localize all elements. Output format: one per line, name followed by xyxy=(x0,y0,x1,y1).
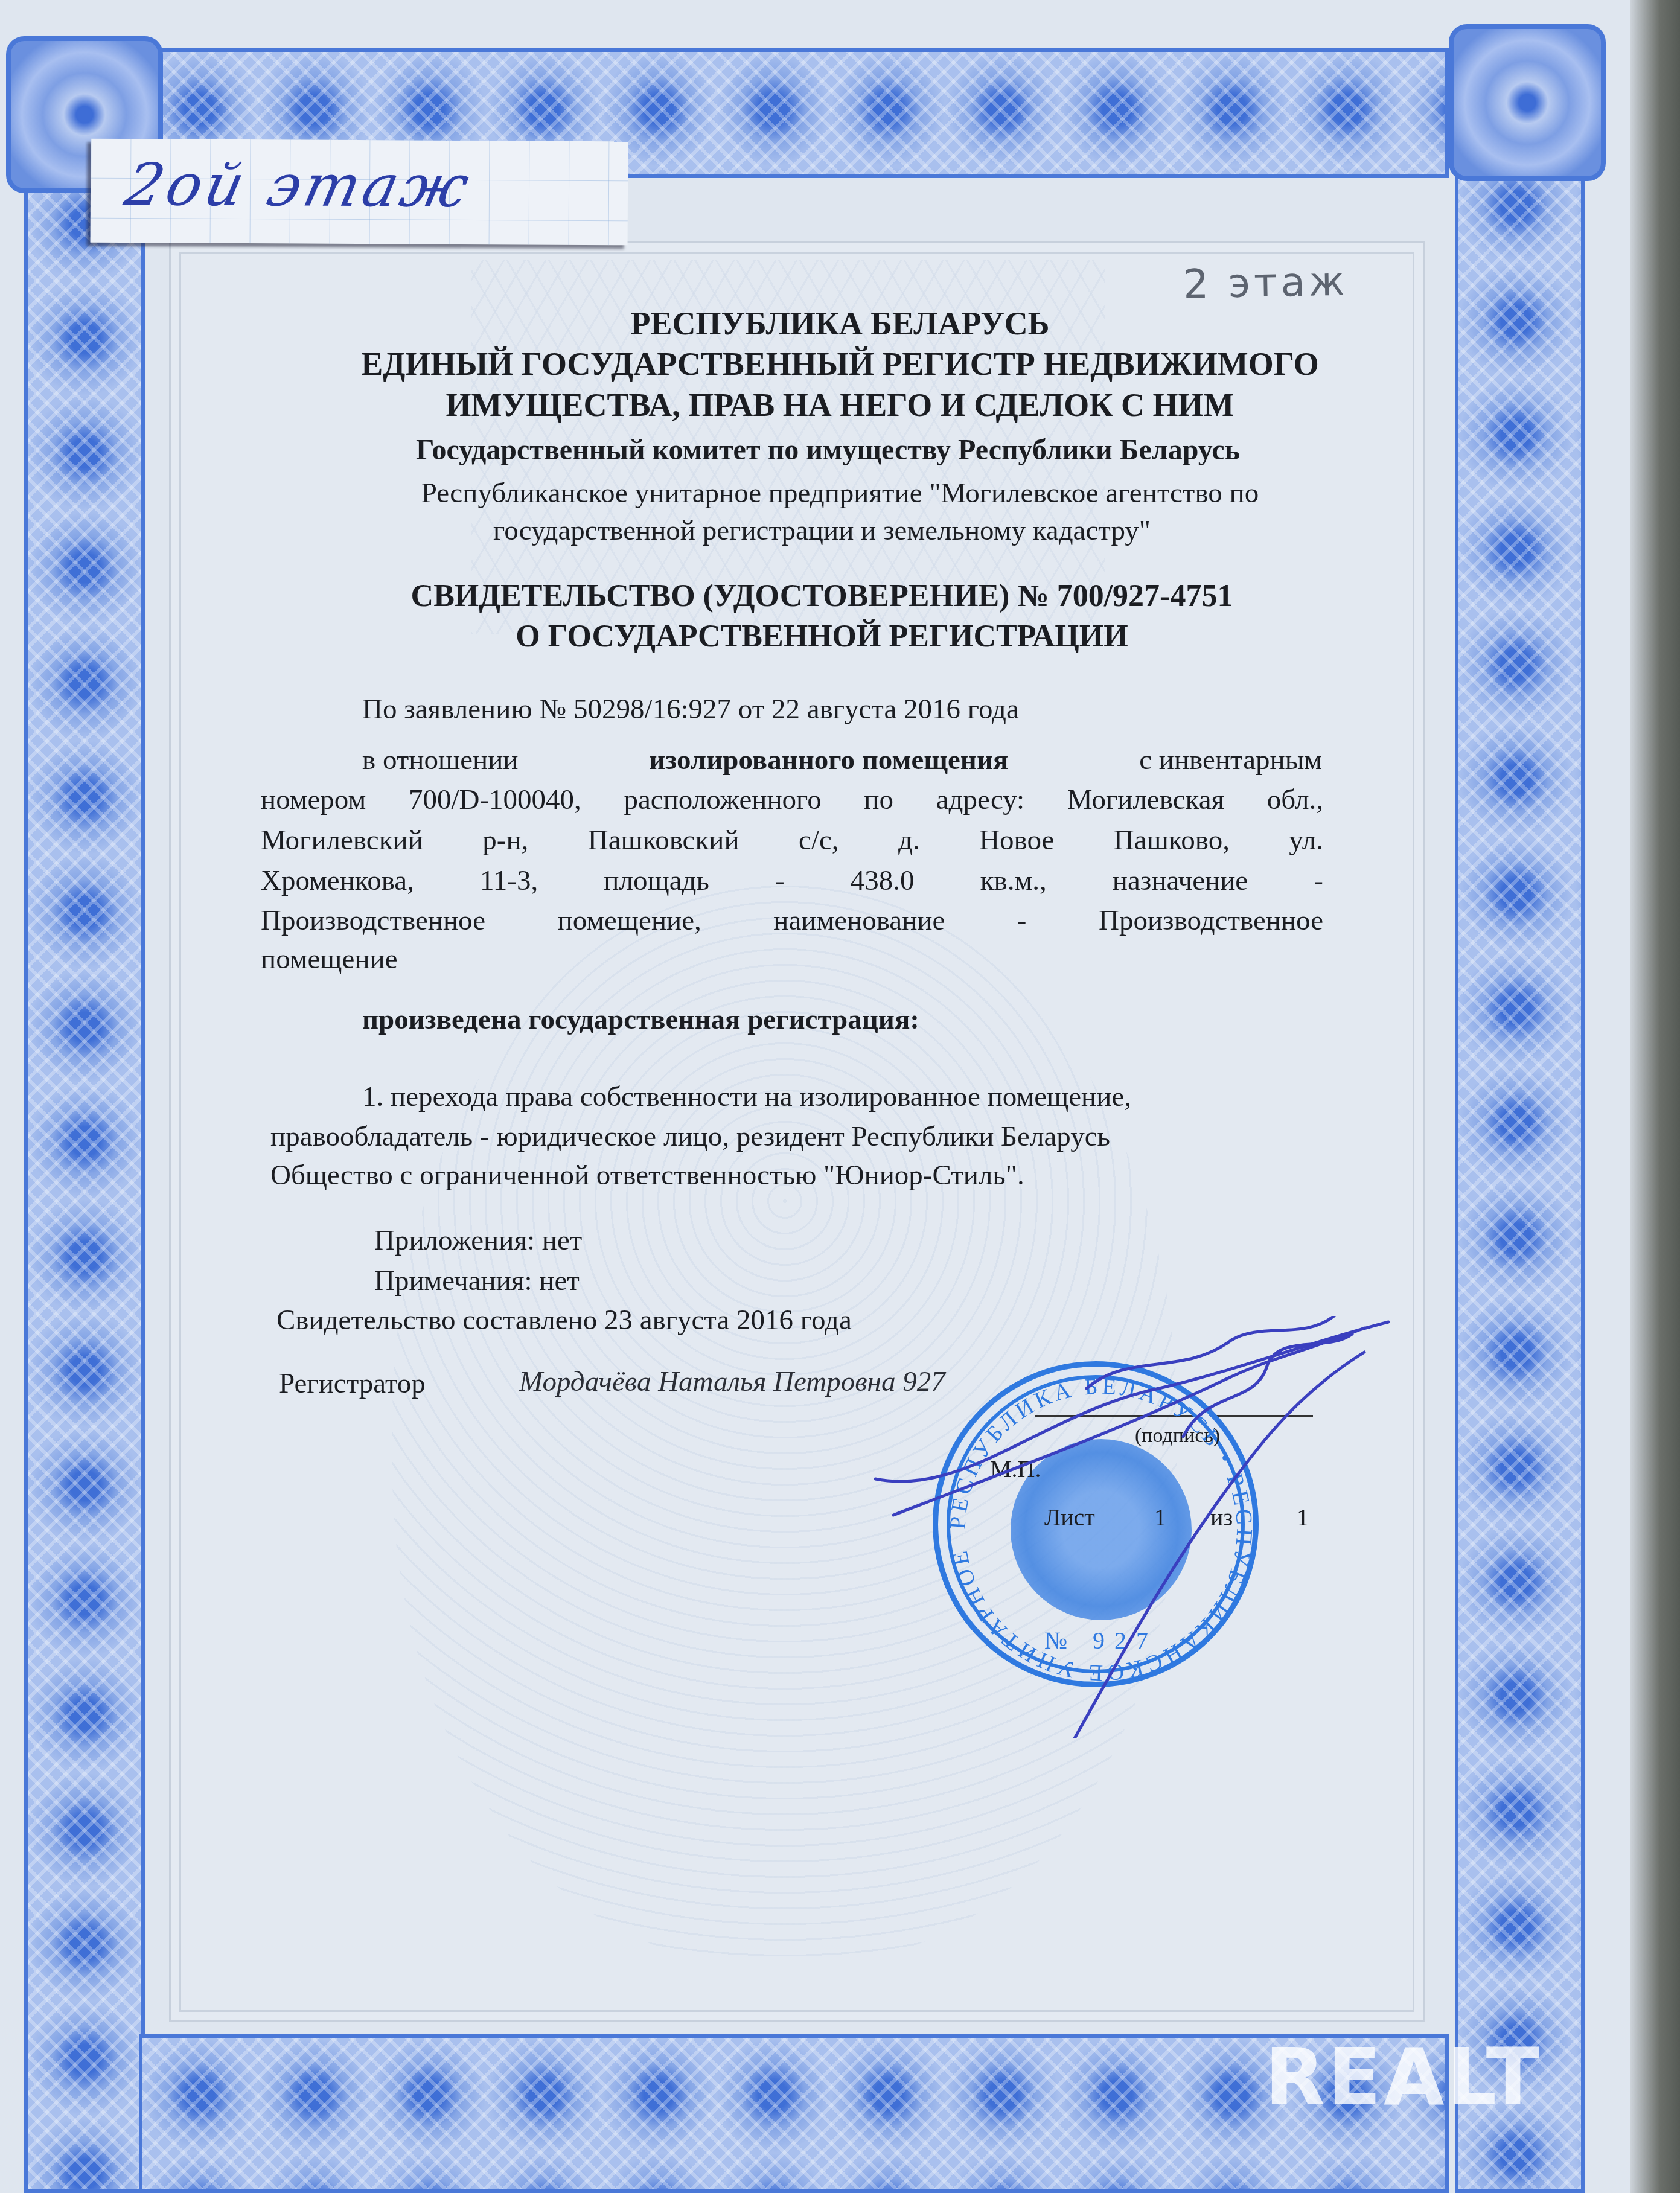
certificate-subtitle: О ГОСУДАРСТВЕННОЙ РЕГИСТРАЦИИ xyxy=(0,619,1662,654)
registrar-label: Регистратор xyxy=(279,1367,426,1400)
registration-heading: произведена государственная регистрация: xyxy=(362,1003,919,1036)
object-line1: в отношении изолированного помещения с и… xyxy=(362,744,1322,776)
issued-date: Свидетельство составлено 23 августа 2016… xyxy=(276,1304,852,1336)
attachments-field: Приложения: нет xyxy=(374,1224,582,1257)
object-suffix: с инвентарным xyxy=(1139,744,1322,776)
corner-rosette-icon xyxy=(1449,24,1606,181)
sticky-note-text: 2ой этаж xyxy=(120,151,479,220)
header-agency-line1: Республиканское унитарное предприятие "М… xyxy=(0,477,1680,509)
object-line5: Производственное помещение, наименование… xyxy=(261,904,1323,937)
notes-field: Примечания: нет xyxy=(374,1265,580,1297)
header-register-line2: ИМУЩЕСТВА, ПРАВ НА НЕГО И СДЕЛОК С НИМ xyxy=(0,386,1680,424)
pencil-annotation: 2 этаж xyxy=(1183,258,1349,308)
ornamental-border-bottom xyxy=(139,2034,1449,2193)
object-prefix: в отношении xyxy=(362,744,519,776)
object-line6: помещение xyxy=(261,943,398,975)
handwritten-signature xyxy=(845,1316,1419,1738)
realt-watermark-logo: REALT xyxy=(1265,2031,1542,2123)
sticky-note: 2ой этаж xyxy=(91,139,628,246)
object-line3: Могилевский р-н, Пашковский с/с, д. Ново… xyxy=(261,824,1323,857)
registration-item-line2: правообладатель - юридическое лицо, рези… xyxy=(270,1120,1110,1153)
registration-item-line1: 1. перехода права собственности на изоли… xyxy=(362,1081,1131,1113)
object-line2: номером 700/D-100040, расположенного по … xyxy=(261,784,1323,816)
header-committee: Государственный комитет по имуществу Рес… xyxy=(0,433,1668,467)
registration-item-line3: Общество с ограниченной ответственностью… xyxy=(270,1159,1024,1192)
header-country: РЕСПУБЛИКА БЕЛАРУСЬ xyxy=(0,305,1680,342)
object-line4: Хроменкова, 11-3, площадь - 438.0 кв.м.,… xyxy=(261,864,1323,897)
application-reference: По заявлению № 50298/16:927 от 22 август… xyxy=(362,693,1019,726)
header-register-line1: ЕДИНЫЙ ГОСУДАРСТВЕННЫЙ РЕГИСТР НЕДВИЖИМО… xyxy=(0,345,1680,383)
object-type: изолированного помещения xyxy=(649,744,1008,776)
certificate-title: СВИДЕТЕЛЬСТВО (УДОСТОВЕРЕНИЕ) № 700/927-… xyxy=(0,578,1662,614)
header-agency-line2: государственной регистрации и земельному… xyxy=(0,514,1662,547)
